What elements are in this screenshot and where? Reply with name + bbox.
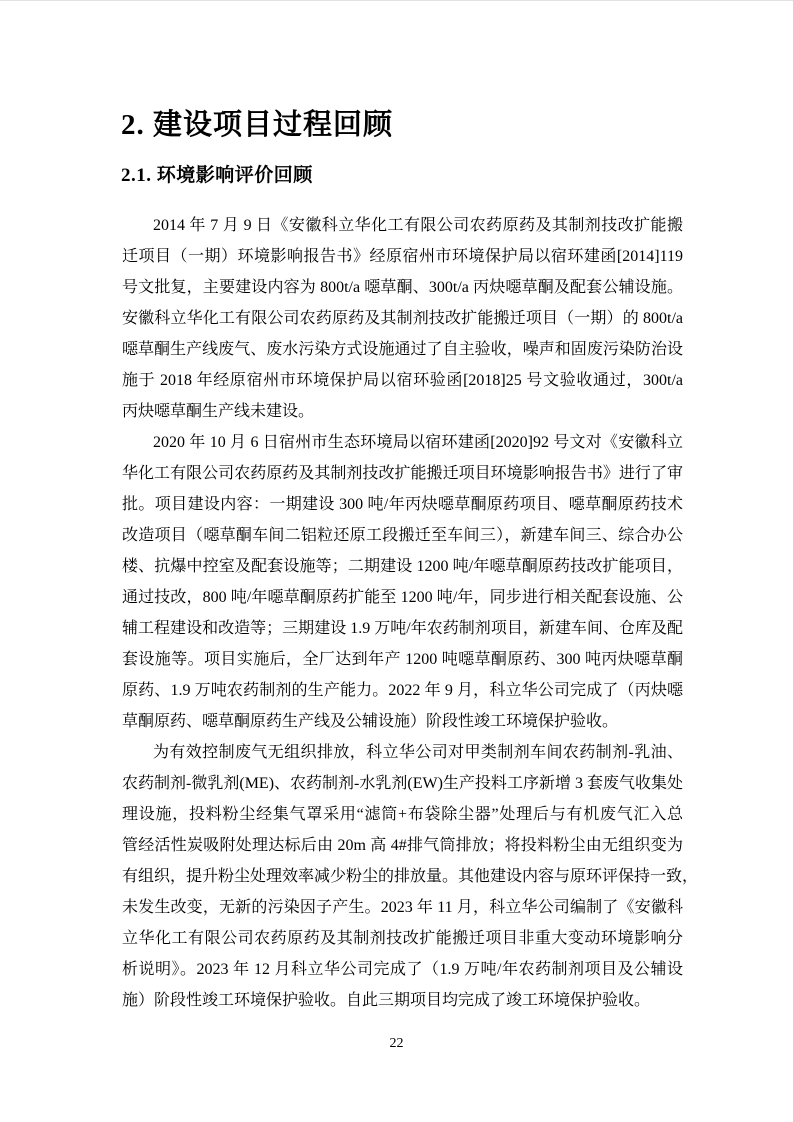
text-line: 2020 年 10 月 6 日宿州市生态环境局以宿环建函[2020]92 号文对… [122, 427, 683, 458]
section-heading: 2.1. 环境影响评价回顾 [121, 165, 313, 188]
text-line: 批。项目建设内容：一期建设 300 吨/年丙炔噁草酮原药项目、噁草酮原药技术 [122, 489, 683, 520]
text-line: 有组织，提升粉尘处理效率减少粉尘的排放量。其他建设内容与原环评保持一致， [122, 861, 683, 892]
text-line: 施于 2018 年经原宿州市环境保护局以宿环验函[2018]25 号文验收通过，… [122, 365, 683, 396]
document-body: 2014 年 7 月 9 日《安徽科立华化工有限公司农药原药及其制剂技改扩能搬迁… [122, 210, 683, 1016]
paragraph: 2020 年 10 月 6 日宿州市生态环境局以宿环建函[2020]92 号文对… [122, 427, 683, 737]
text-line: 为有效控制废气无组织排放，科立华公司对甲类制剂车间农药制剂-乳油、 [122, 737, 683, 768]
text-line: 楼、抗爆中控室及配套设施等；二期建设 1200 吨/年噁草酮原药技改扩能项目， [122, 551, 683, 582]
paragraph: 2014 年 7 月 9 日《安徽科立华化工有限公司农药原药及其制剂技改扩能搬迁… [122, 210, 683, 427]
text-line: 安徽科立华化工有限公司农药原药及其制剂技改扩能搬迁项目（一期）的 800t/a [122, 303, 683, 334]
text-line: 号文批复，主要建设内容为 800t/a 噁草酮、300t/a 丙炔噁草酮及配套公… [122, 272, 683, 303]
page-number: 22 [0, 1036, 793, 1053]
text-line: 2014 年 7 月 9 日《安徽科立华化工有限公司农药原药及其制剂技改扩能搬 [122, 210, 683, 241]
text-line: 华化工有限公司农药原药及其制剂技改扩能搬迁项目环境影响报告书》进行了审 [122, 458, 683, 489]
text-line: 未发生改变，无新的污染因子产生。2023 年 11 月，科立华公司编制了《安徽科 [122, 892, 683, 923]
paragraph: 为有效控制废气无组织排放，科立华公司对甲类制剂车间农药制剂-乳油、农药制剂-微乳… [122, 737, 683, 1016]
text-line: 管经活性炭吸附处理达标后由 20m 高 4#排气筒排放；将投料粉尘由无组织变为 [122, 830, 683, 861]
chapter-heading: 2. 建设项目过程回顾 [121, 110, 393, 142]
text-line: 噁草酮生产线废气、废水污染方式设施通过了自主验收，噪声和固废污染防治设 [122, 334, 683, 365]
text-line: 改造项目（噁草酮车间二铝粒还原工段搬迁至车间三），新建车间三、综合办公 [122, 520, 683, 551]
text-line: 通过技改，800 吨/年噁草酮原药扩能至 1200 吨/年，同步进行相关配套设施… [122, 582, 683, 613]
text-line: 辅工程建设和改造等；三期建设 1.9 万吨/年农药制剂项目，新建车间、仓库及配 [122, 613, 683, 644]
text-line: 丙炔噁草酮生产线未建设。 [122, 396, 683, 427]
text-line: 套设施等。项目实施后，全厂达到年产 1200 吨噁草酮原药、300 吨丙炔噁草酮 [122, 644, 683, 675]
text-line: 原药、1.9 万吨农药制剂的生产能力。2022 年 9 月，科立华公司完成了（丙… [122, 675, 683, 706]
text-line: 理设施，投料粉尘经集气罩采用“滤筒+布袋除尘器”处理后与有机废气汇入总 [122, 799, 683, 830]
text-line: 农药制剂-微乳剂(ME)、农药制剂-水乳剂(EW)生产投料工序新增 3 套废气收… [122, 768, 683, 799]
text-line: 析说明》。2023 年 12 月科立华公司完成了（1.9 万吨/年农药制剂项目及… [122, 954, 683, 985]
text-line: 草酮原药、噁草酮原药生产线及公辅设施）阶段性竣工环境保护验收。 [122, 706, 683, 737]
text-line: 施）阶段性竣工环境保护验收。自此三期项目均完成了竣工环境保护验收。 [122, 985, 683, 1016]
text-line: 迁项目（一期）环境影响报告书》经原宿州市环境保护局以宿环建函[2014]119 [122, 241, 683, 272]
text-line: 立华化工有限公司农药原药及其制剂技改扩能搬迁项目非重大变动环境影响分 [122, 923, 683, 954]
document-page: 2. 建设项目过程回顾 2.1. 环境影响评价回顾 2014 年 7 月 9 日… [0, 0, 793, 1122]
